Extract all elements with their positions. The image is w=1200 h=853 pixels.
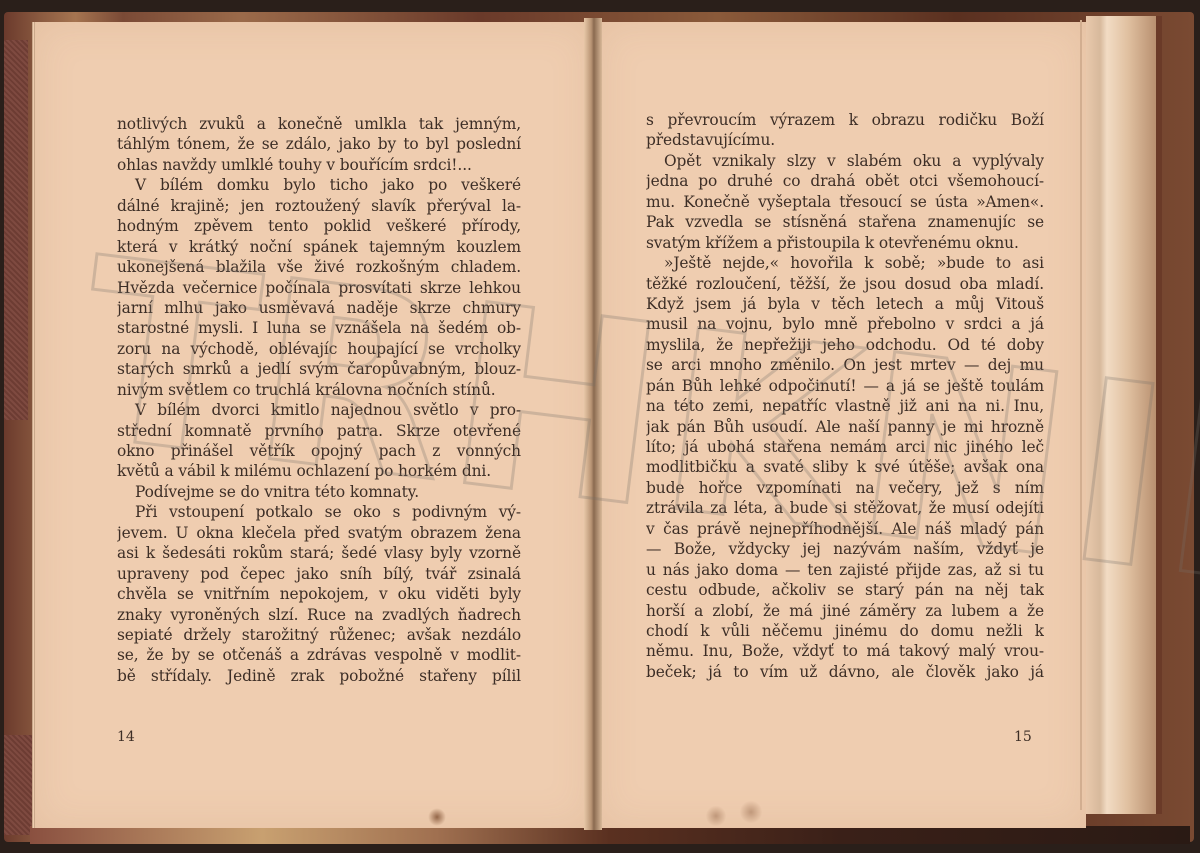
page-fore-edge [1086, 16, 1162, 814]
text-line: zoru na východě, oblévajíc houpající se … [117, 339, 521, 359]
text-line: ztrávila za léta, a bude si stěžovat, že… [646, 498, 1044, 518]
text-line: hodným zpěvem tento poklid veškeré příro… [117, 216, 521, 236]
text-line: jevem. U okna klečela před svatým obraze… [117, 523, 521, 543]
text-line: Při vstoupení potkalo se oko s podivným … [117, 502, 521, 522]
page-number-right: 15 [1014, 729, 1032, 745]
text-line: Hvězda večernice počínala prosvítati skr… [117, 278, 521, 298]
text-line: u nás jako doma — ten zajisté přijde zas… [646, 560, 1044, 580]
page-edge-line [1080, 20, 1082, 810]
text-line: líto; já ubohá stařena nemám arci nic ji… [646, 437, 1044, 457]
text-line: nivým světlem co truchlá královna nočníc… [117, 380, 521, 400]
paper-stain [706, 805, 726, 827]
text-line: chvěla se vnitřním nepokojem, v oku vidě… [117, 584, 521, 604]
text-line: modlitbičku a svaté sliby k své útěše; a… [646, 457, 1044, 477]
text-line: ohlas navždy umlklé touhy v bouřícím srd… [117, 155, 521, 175]
text-line: jarní mlhu jako usměvavá naděje skrze ch… [117, 298, 521, 318]
right-page-text: s převroucím výrazem k obrazu rodičku Bo… [646, 110, 1044, 682]
left-page-text: notlivých zvuků a konečně umlkla tak jem… [117, 114, 521, 686]
text-line: asi k šedesáti rokům stará; šedé vlasy b… [117, 543, 521, 563]
text-line: v čas právě nejnepříhodnější. Ale náš ml… [646, 519, 1044, 539]
cover-bottom-edge [30, 826, 1190, 844]
text-line: musil na vojnu, bylo mně přebolno v srdc… [646, 314, 1044, 334]
text-line: dálné krajině; jen roztoužený slavík pře… [117, 196, 521, 216]
book-gutter [584, 18, 602, 830]
cover-cloth-texture [4, 40, 28, 420]
text-line: notlivých zvuků a konečně umlkla tak jem… [117, 114, 521, 134]
text-line: táhlým tónem, že se zdálo, jako by to by… [117, 134, 521, 154]
text-line: bě střídaly. Jedině zrak pobožné stařeny… [117, 666, 521, 686]
text-line: V bílém domku bylo ticho jako po veškeré [117, 175, 521, 195]
text-line: Pak vzvedla se stísněná stařena znamenuj… [646, 212, 1044, 232]
text-line: představujícímu. [646, 130, 1044, 150]
paper-stain [428, 808, 446, 826]
text-line: bude hořce vzpomínati na večery, jež s n… [646, 478, 1044, 498]
text-line: němu. Inu, Bože, vždyť to má takový malý… [646, 641, 1044, 661]
text-line: se arci mnoho změnilo. On jest mrtev — d… [646, 355, 1044, 375]
text-line: myslila, že nepřežiji jeho odchodu. Od t… [646, 335, 1044, 355]
text-line: Opět vznikaly slzy v slabém oku a vyplýv… [646, 151, 1044, 171]
text-line: na této zemi, nepatříc vlastně již ani n… [646, 396, 1044, 416]
text-line: chodí k vůli něčemu jinému do domu nežli… [646, 621, 1044, 641]
text-line: beček; já to vím už dávno, ale člověk ja… [646, 662, 1044, 682]
text-line: »Ještě nejde,« hovořila k sobě; »bude to… [646, 253, 1044, 273]
text-line: střední komnatě prvního patra. Skrze ote… [117, 421, 521, 441]
text-line: starých smrků a jedlí svým čaropůvabným,… [117, 359, 521, 379]
text-line: sepiaté držely starožitný růženec; avšak… [117, 625, 521, 645]
text-line: pán Bůh lehké odpočinutí! — a já se ješt… [646, 376, 1044, 396]
paper-stain [740, 800, 762, 824]
text-line: V bílém dvorci kmitlo najednou světlo v … [117, 400, 521, 420]
text-line: ukonejšená blažila vše živé rozkošným ch… [117, 257, 521, 277]
text-line: svatým křížem a přistoupila k otevřenému… [646, 233, 1044, 253]
text-line: — Bože, vždycky jej nazývám naším, vždyť… [646, 539, 1044, 559]
text-line: jak pán Bůh usoudí. Ale naší panny je mi… [646, 417, 1044, 437]
cover-cloth-texture-bottom [4, 735, 32, 835]
page-number-left: 14 [117, 729, 135, 745]
text-line: těžké rozloučení, těžší, že jsou dosud o… [646, 274, 1044, 294]
text-line: květů a vábil k milému ochlazení po hork… [117, 461, 521, 481]
text-line: horší a zlobí, že má jiné záměry za lube… [646, 601, 1044, 621]
text-line: jedna po druhé co drahá obět otci všemoh… [646, 171, 1044, 191]
text-line: mu. Konečně vyšeptala třesoucí se ústa »… [646, 192, 1044, 212]
text-line: starostné mysli. I luna se vznášela na š… [117, 318, 521, 338]
text-line: se, že by se otčenáš a zdrávas vespolně … [117, 645, 521, 665]
text-line: Podívejme se do vnitra této komnaty. [117, 482, 521, 502]
text-line: která v krátký noční spánek tajemným kou… [117, 237, 521, 257]
text-line: cestu odbude, ačkoliv se starý pán na ně… [646, 580, 1044, 600]
text-line: upraveny pod čepec jako sníh bílý, tvář … [117, 564, 521, 584]
text-line: znaky vyroněných slzí. Ruce na zvadlých … [117, 605, 521, 625]
text-line: okno přinášel větřík opojný pach z vonný… [117, 441, 521, 461]
text-line: Když jsem já byla v těch letech a můj Vi… [646, 294, 1044, 314]
text-line: s převroucím výrazem k obrazu rodičku Bo… [646, 110, 1044, 130]
